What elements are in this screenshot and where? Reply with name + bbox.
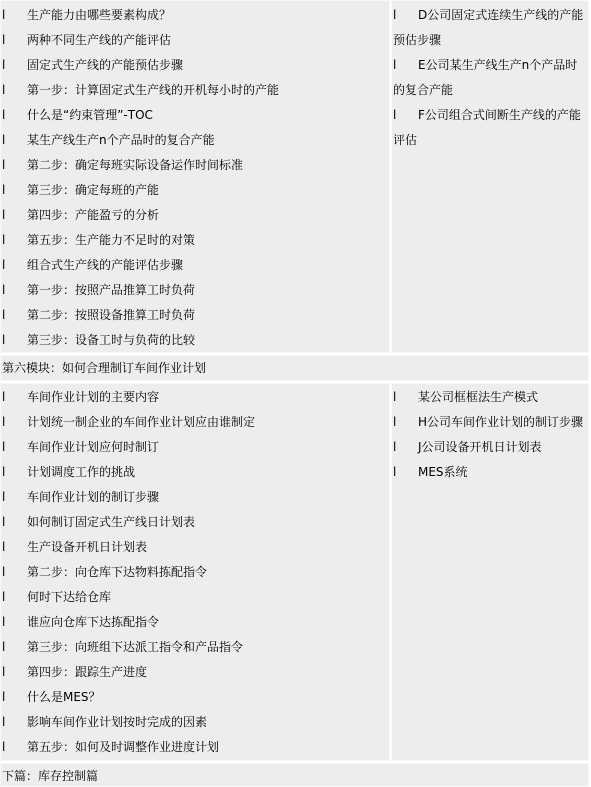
list-item-text: 如何制订固定式生产线日计划表 [27,510,195,535]
list-item-text: MES系统 [418,465,468,479]
list-item-text: 生产设备开机日计划表 [27,535,147,560]
list-item-text: 第二步：确定每班实际设备运作时间标准 [27,153,243,178]
list-item-text: 什么是“约束管理”-TOC [27,103,153,128]
list-item-text: 两种不同生产线的产能评估 [27,28,171,53]
list-item-text: 第一步：按照产品推算工时负荷 [27,278,195,303]
list-item-text: 何时下达给仓库 [27,585,111,610]
bullet-icon: l [2,485,5,510]
bullet-icon: l [2,78,5,103]
list-item-text: D公司固定式连续生产线的产能预估步骤 [393,8,583,47]
bullet-icon: l [2,585,5,610]
list-item-text: 车间作业计划应何时制订 [27,435,159,460]
bullet-icon: l [2,685,5,710]
list-item: l第一步：计算固定式生产线的开机每小时的产能 [1,78,389,103]
bullet-icon: l [2,435,5,460]
list-item: l固定式生产线的产能预估步骤 [1,53,389,78]
module6-header: 第六模块：如何合理制订车间作业计划 [0,355,589,381]
bullet-icon: l [2,510,5,535]
bullet-icon: l [2,535,5,560]
bullet-icon: l [393,53,418,78]
list-item: l车间作业计划应何时制订 [1,435,389,460]
list-item: l生产设备开机日计划表 [1,535,389,560]
list-item: lF公司组合式间断生产线的产能评估 [393,103,588,153]
list-item: l如何制订固定式生产线日计划表 [1,510,389,535]
list-item-text: 某生产线生产n个产品时的复合产能 [27,128,215,153]
list-item-text: 第五步：生产能力不足时的对策 [27,228,195,253]
bullet-icon: l [393,385,418,410]
list-item: l第五步：如何及时调整作业进度计划 [1,735,389,760]
list-item: l某生产线生产n个产品时的复合产能 [1,128,389,153]
bullet-icon: l [2,635,5,660]
list-item: l第四步：产能盈亏的分析 [1,203,389,228]
bullet-icon: l [393,103,418,128]
list-item-text: 车间作业计划的制订步骤 [27,485,159,510]
list-item: l第一步：按照产品推算工时负荷 [1,278,389,303]
section2-right-cell: l某公司框框法生产模式lH公司车间作业计划的制订步骤lJ公司设备开机日计划表lM… [391,383,589,761]
list-item-text: 第四步：产能盈亏的分析 [27,203,159,228]
list-item-text: 车间作业计划的主要内容 [27,385,159,410]
bullet-icon: l [2,328,5,353]
next-part-header: 下篇：库存控制篇 [0,763,589,787]
list-item: l第三步：设备工时与负荷的比较 [1,328,389,353]
list-item: l什么是MES？ [1,685,389,710]
bullet-icon: l [2,385,5,410]
bullet-icon: l [2,53,5,78]
list-item: l车间作业计划的制订步骤 [1,485,389,510]
list-item: l某公司框框法生产模式 [393,385,588,410]
section1-right-list: lD公司固定式连续生产线的产能预估步骤lE公司某生产线生产n个产品时的复合产能l… [393,3,588,153]
list-item: lE公司某生产线生产n个产品时的复合产能 [393,53,588,103]
list-item-text: 某公司框框法生产模式 [418,390,538,404]
bullet-icon: l [393,410,418,435]
bullet-icon: l [2,3,5,28]
bullet-icon: l [2,253,5,278]
section1-left-cell: l生产能力由哪些要素构成？l两种不同生产线的产能评估l固定式生产线的产能预估步骤… [0,0,390,353]
list-item: l第二步：向仓库下达物料拣配指令 [1,560,389,585]
list-item-text: 生产能力由哪些要素构成？ [27,3,171,28]
list-item-text: 第三步：向班组下达派工指令和产品指令 [27,635,243,660]
list-item-text: 影响车间作业计划按时完成的因素 [27,710,207,735]
list-item: lD公司固定式连续生产线的产能预估步骤 [393,3,588,53]
list-item-text: 什么是MES？ [27,685,101,710]
list-item-text: 计划统一制企业的车间作业计划应由谁制定 [27,410,255,435]
bullet-icon: l [393,435,418,460]
list-item-text: H公司车间作业计划的制订步骤 [418,415,583,429]
list-item-text: F公司组合式间断生产线的产能评估 [393,108,581,147]
list-item: l第二步：确定每班实际设备运作时间标准 [1,153,389,178]
list-item: lH公司车间作业计划的制订步骤 [393,410,588,435]
list-item-text: 第四步：跟踪生产进度 [27,660,147,685]
bullet-icon: l [2,28,5,53]
list-item-text: 第三步：设备工时与负荷的比较 [27,328,195,353]
list-item: l什么是“约束管理”-TOC [1,103,389,128]
list-item-text: 计划调度工作的挑战 [27,460,135,485]
list-item-text: 谁应向仓库下达拣配指令 [27,610,159,635]
list-item-text: 组合式生产线的产能评估步骤 [27,253,183,278]
list-item: l影响车间作业计划按时完成的因素 [1,710,389,735]
list-item-text: J公司设备开机日计划表 [418,440,542,454]
list-item: lMES系统 [393,460,588,485]
section2-right-list: l某公司框框法生产模式lH公司车间作业计划的制订步骤lJ公司设备开机日计划表lM… [393,385,588,485]
next-part-header-text: 下篇：库存控制篇 [2,769,98,783]
bullet-icon: l [2,460,5,485]
list-item-text: E公司某生产线生产n个产品时的复合产能 [393,58,577,97]
list-item-text: 第一步：计算固定式生产线的开机每小时的产能 [27,78,279,103]
bullet-icon: l [2,610,5,635]
section1-right-cell: lD公司固定式连续生产线的产能预估步骤lE公司某生产线生产n个产品时的复合产能l… [391,0,589,353]
list-item: l第三步：确定每班的产能 [1,178,389,203]
bullet-icon: l [2,278,5,303]
course-outline-table: l生产能力由哪些要素构成？l两种不同生产线的产能评估l固定式生产线的产能预估步骤… [0,0,591,787]
bullet-icon: l [393,3,418,28]
bullet-icon: l [2,153,5,178]
list-item: l计划调度工作的挑战 [1,460,389,485]
bullet-icon: l [2,303,5,328]
list-item: l第五步：生产能力不足时的对策 [1,228,389,253]
module6-header-text: 第六模块：如何合理制订车间作业计划 [2,361,206,375]
list-item: l车间作业计划的主要内容 [1,385,389,410]
bullet-icon: l [2,560,5,585]
section2-left-cell: l车间作业计划的主要内容l计划统一制企业的车间作业计划应由谁制定l车间作业计划应… [0,383,390,761]
list-item: l第四步：跟踪生产进度 [1,660,389,685]
list-item: l第二步：按照设备推算工时负荷 [1,303,389,328]
list-item-text: 第二步：向仓库下达物料拣配指令 [27,560,207,585]
list-item: l两种不同生产线的产能评估 [1,28,389,53]
list-item: l谁应向仓库下达拣配指令 [1,610,389,635]
list-item: l计划统一制企业的车间作业计划应由谁制定 [1,410,389,435]
list-item: l组合式生产线的产能评估步骤 [1,253,389,278]
section1-left-list: l生产能力由哪些要素构成？l两种不同生产线的产能评估l固定式生产线的产能预估步骤… [1,3,389,353]
list-item: l何时下达给仓库 [1,585,389,610]
list-item-text: 固定式生产线的产能预估步骤 [27,53,183,78]
list-item: l生产能力由哪些要素构成？ [1,3,389,28]
list-item: lJ公司设备开机日计划表 [393,435,588,460]
bullet-icon: l [2,203,5,228]
bullet-icon: l [2,735,5,760]
list-item-text: 第五步：如何及时调整作业进度计划 [27,735,219,760]
list-item-text: 第三步：确定每班的产能 [27,178,159,203]
bullet-icon: l [2,410,5,435]
bullet-icon: l [393,460,418,485]
bullet-icon: l [2,103,5,128]
list-item: l第三步：向班组下达派工指令和产品指令 [1,635,389,660]
bullet-icon: l [2,128,5,153]
bullet-icon: l [2,228,5,253]
bullet-icon: l [2,710,5,735]
section2-left-list: l车间作业计划的主要内容l计划统一制企业的车间作业计划应由谁制定l车间作业计划应… [1,385,389,760]
bullet-icon: l [2,178,5,203]
list-item-text: 第二步：按照设备推算工时负荷 [27,303,195,328]
bullet-icon: l [2,660,5,685]
